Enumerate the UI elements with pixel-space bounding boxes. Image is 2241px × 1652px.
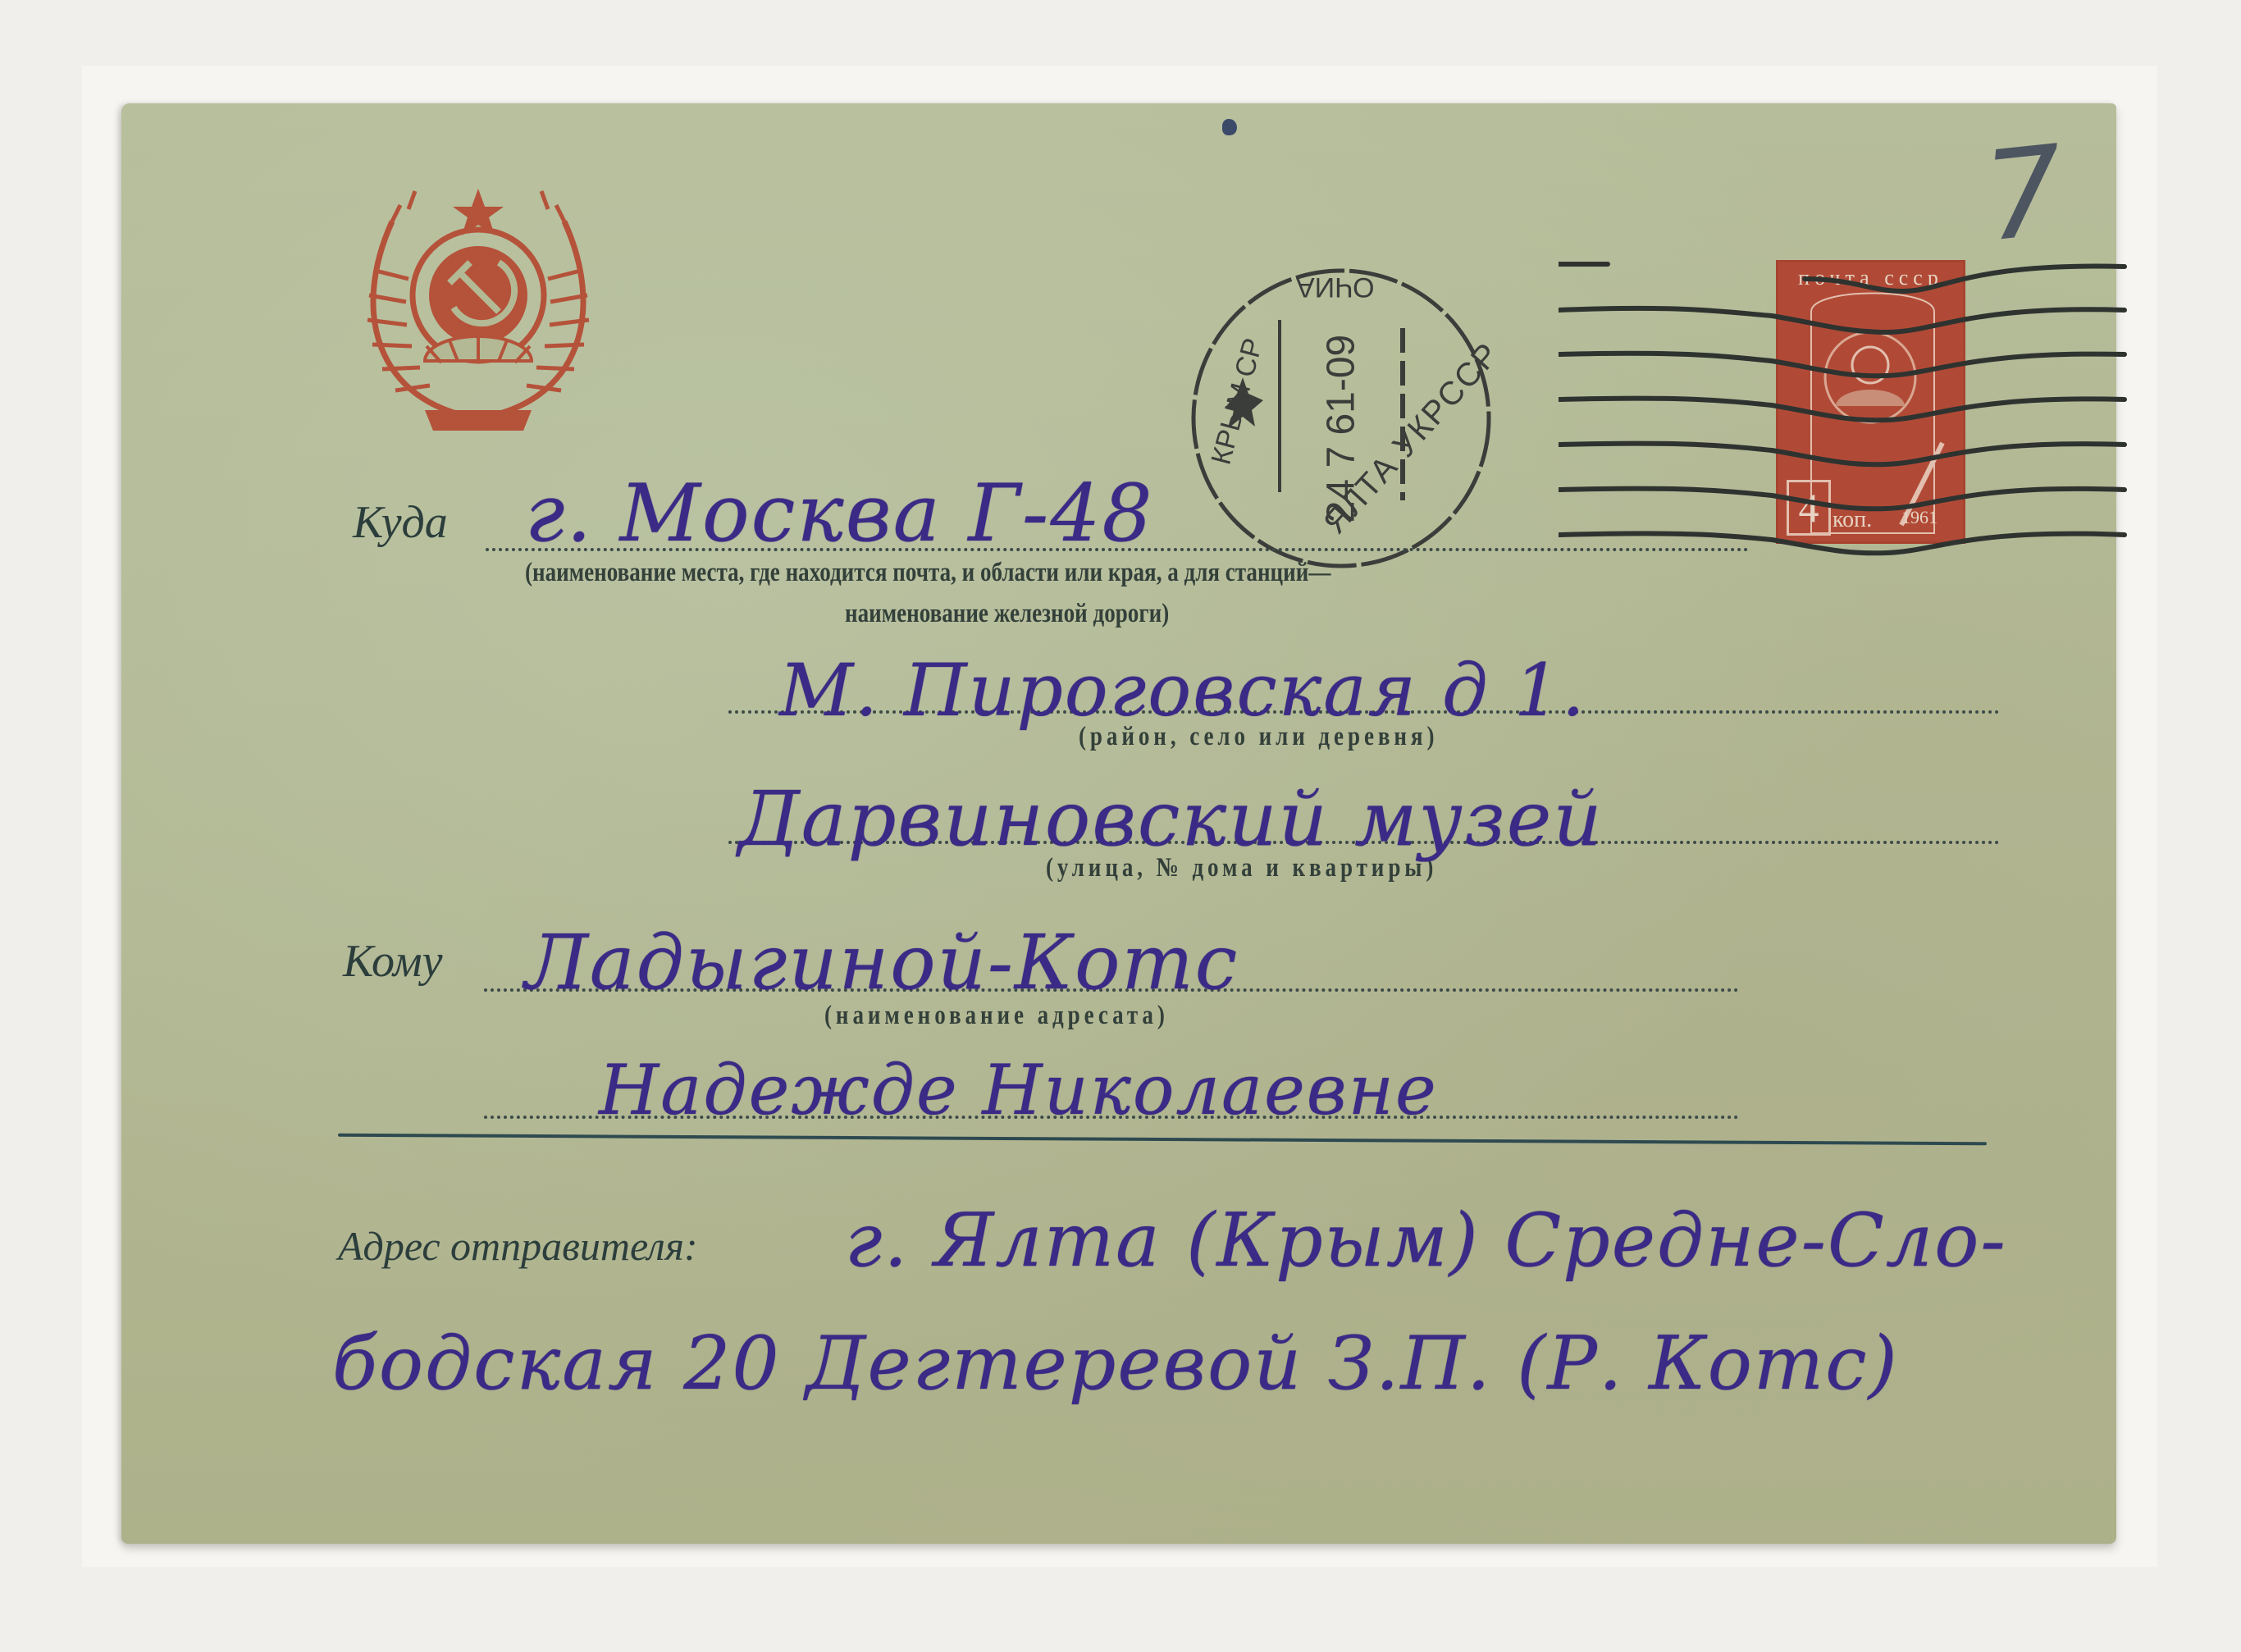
handwritten-street: М. Пироговская д 1. [779, 648, 1586, 732]
postmark: 24 7 61-09 ЯЛТА УКРССР ОЧИА КРЫМ СР [1181, 262, 1501, 582]
archive-number: 7 [1978, 119, 2070, 269]
ussr-coat-of-arms-icon [343, 172, 614, 451]
handwritten-sender-line1: г. Ялта (Крым) Средне-Сло- [845, 1198, 2007, 1284]
to-whom-label: Кому [343, 935, 443, 988]
to-where-caption-line2: наименование железной дороги) [845, 599, 1169, 629]
handwritten-recipient-line2: Надежде Николаевне [599, 1050, 1438, 1130]
handwritten-city: г. Москва Г-48 [525, 468, 1154, 559]
to-where-label: Куда [353, 496, 448, 549]
sender-label: Адрес отправителя: [338, 1222, 698, 1270]
to-where-caption-line1: (наименование места, где находится почта… [525, 558, 1330, 588]
cancellation-lines [1559, 246, 2133, 574]
ink-spot [1222, 119, 1237, 135]
handwritten-sender-line2: бодская 20 Дегтеревой З.П. (Р. Котс) [332, 1321, 1899, 1407]
postmark-top-arc: ОЧИА [1296, 271, 1374, 303]
handwritten-recipient-line1: Ладыгиной-Котс [525, 919, 1239, 1006]
handwritten-institution: Дарвиновский музей [738, 775, 1604, 863]
